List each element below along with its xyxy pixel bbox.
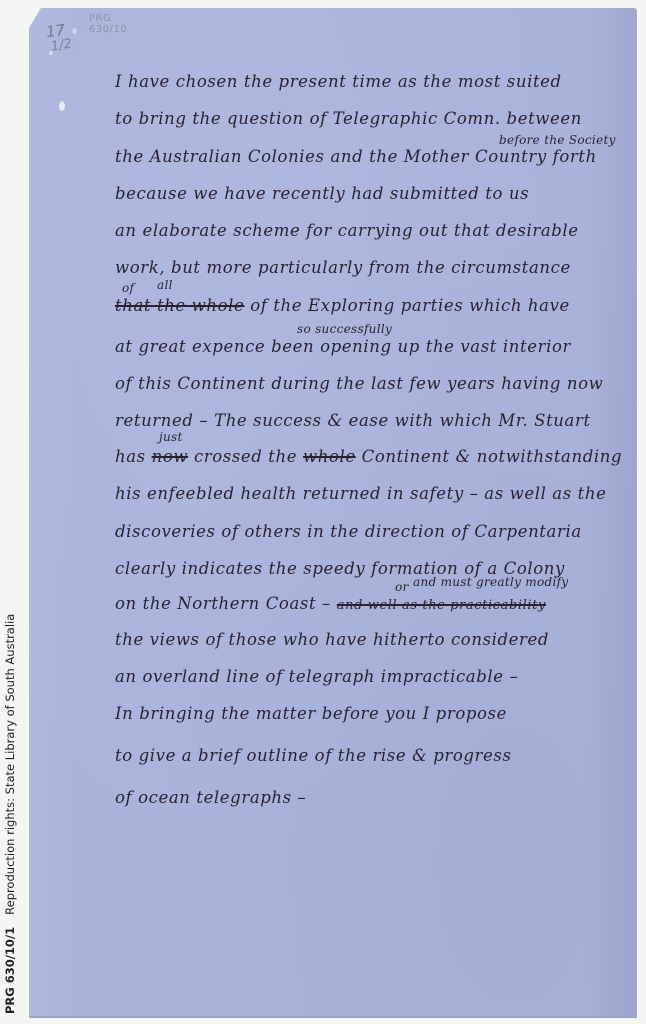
manuscript-page: 17 1/2 PRG 630/10 I have chosen the pres… [29,8,637,1018]
manuscript-line: has now crossed the whole Continent & no… [115,447,622,466]
manuscript-line: on the Northern Coast – and well as the … [115,594,546,613]
struck-text: and well as the practicability [337,598,546,613]
manuscript-line: to give a brief outline of the rise & pr… [115,746,512,765]
manuscript-line: to bring the question of Telegraphic Com… [115,109,582,128]
insertion-before-the-society: before the Society [499,133,616,147]
manuscript-line: an elaborate scheme for carrying out tha… [115,221,579,240]
manuscript-line: at great expence been opening up the vas… [115,337,571,356]
manuscript-line: discoveries of others in the direction o… [115,522,582,541]
insertion-of: of [122,281,134,295]
rights-caption: PRG 630/10/1Reproduction rights: State L… [1,604,19,1014]
manuscript-line: of this Continent during the last few ye… [115,374,603,393]
struck-text: now [152,447,188,466]
manuscript-line: of ocean telegraphs – [115,788,306,807]
manuscript-line: work, but more particularly from the cir… [115,258,571,277]
manuscript-line: that the whole of the Exploring parties … [115,296,570,315]
manuscript-line: In bringing the matter before you I prop… [115,704,507,723]
catalogue-reference: PRG 630/10/1 [3,927,17,1014]
insertion-just: just [159,430,183,444]
struck-text: that the whole [115,296,244,315]
insertion-or: or [395,580,409,594]
manuscript-line: his enfeebled health returned in safety … [115,484,606,503]
insertion-and-must-greatly-modify: and must greatly modify [413,575,568,589]
manuscript-line: the views of those who have hitherto con… [115,630,549,649]
manuscript-line: returned – The success & ease with which… [115,411,591,430]
struck-text: whole [303,447,356,466]
insertion-so-successfully: so successfully [297,322,392,336]
manuscript-line: an overland line of telegraph impractica… [115,667,518,686]
handwritten-text: I have chosen the present time as the mo… [29,8,636,1016]
insertion-all: all [157,278,173,292]
manuscript-line: I have chosen the present time as the mo… [115,72,562,91]
manuscript-line: the Australian Colonies and the Mother C… [115,147,597,166]
manuscript-line: because we have recently had submitted t… [115,184,529,203]
reproduction-rights: Reproduction rights: State Library of So… [3,614,17,915]
